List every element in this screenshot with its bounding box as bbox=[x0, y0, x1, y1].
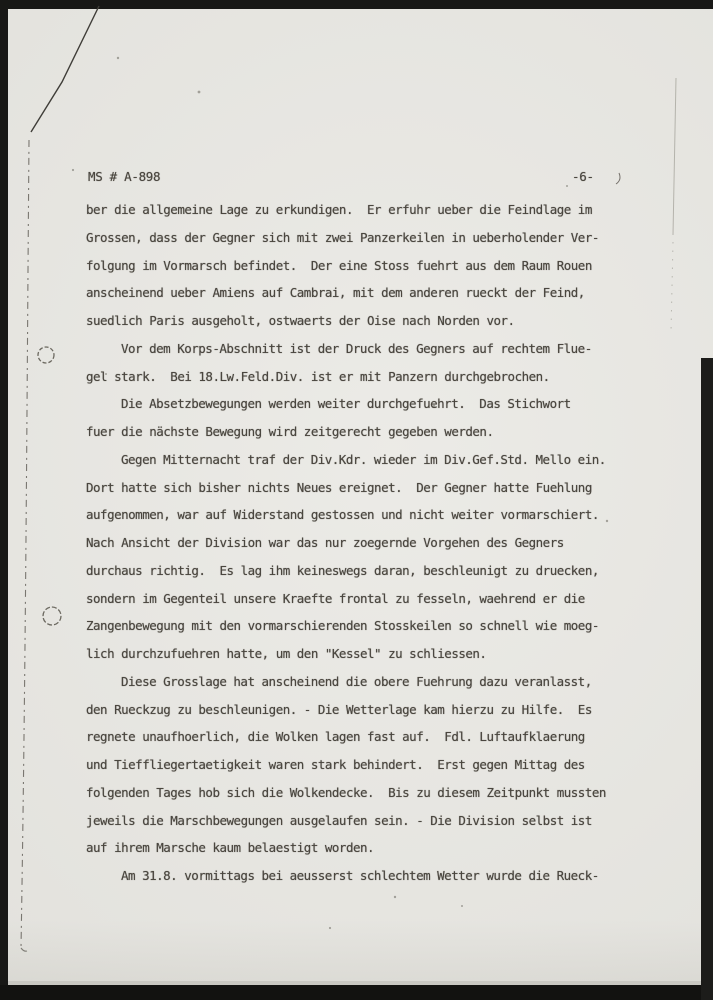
text-line: Am 31.8. vormittags bei aeusserst schlec… bbox=[86, 862, 646, 890]
manuscript-number: MS # A-898 bbox=[88, 169, 160, 184]
text-line: Nach Ansicht der Division war das nur zo… bbox=[86, 529, 646, 557]
text-line: suedlich Paris ausgeholt, ostwaerts der … bbox=[86, 307, 646, 335]
text-line: Diese Grosslage hat anscheinend die ober… bbox=[86, 668, 646, 696]
text-line: jeweils die Marschbewegungen ausgelaufen… bbox=[86, 807, 646, 835]
text-line: fuer die nächste Bewegung wird zeitgerec… bbox=[86, 418, 646, 446]
text-line: Grossen, dass der Gegner sich mit zwei P… bbox=[86, 224, 646, 252]
text-line: und Tieffliegertaetigkeit waren stark be… bbox=[86, 751, 646, 779]
text-line: ber die allgemeine Lage zu erkundigen. E… bbox=[86, 196, 646, 224]
text-line: lich durchzufuehren hatte, um den "Kesse… bbox=[86, 640, 646, 668]
scan-border-right bbox=[701, 358, 713, 1000]
punch-hole-mark bbox=[43, 607, 61, 625]
text-line: aufgenommen, war auf Widerstand gestosse… bbox=[86, 501, 646, 529]
crease-line bbox=[31, 6, 99, 132]
text-line: den Rueckzug zu beschleunigen. - Die Wet… bbox=[86, 696, 646, 724]
text-line: Die Absetzbewegungen werden weiter durch… bbox=[86, 390, 646, 418]
text-line: folgenden Tages hob sich die Wolkendecke… bbox=[86, 779, 646, 807]
text-line: Zangenbewegung mit den vormarschierenden… bbox=[86, 612, 646, 640]
scan-border-top bbox=[0, 0, 713, 9]
text-line: gel stark. Bei 18.Lw.Feld.Div. ist er mi… bbox=[86, 363, 646, 391]
scan-border-left bbox=[0, 0, 8, 1000]
text-line: anscheinend ueber Amiens auf Cambrai, mi… bbox=[86, 279, 646, 307]
scanned-page: MS # A-898 -6- ber die allgemeine Lage z… bbox=[0, 0, 713, 1000]
torn-edge-hook bbox=[21, 948, 27, 951]
pen-squiggle-mark bbox=[616, 173, 620, 184]
scan-border-bottom bbox=[0, 985, 713, 1000]
typewritten-text: ber die allgemeine Lage zu erkundigen. E… bbox=[86, 196, 646, 890]
torn-edge-line bbox=[21, 140, 29, 948]
text-line: sondern im Gegenteil unsere Kraefte fron… bbox=[86, 585, 646, 613]
text-line: durchaus richtig. Es lag ihm keineswegs … bbox=[86, 557, 646, 585]
text-line: auf ihrem Marsche kaum belaestigt worden… bbox=[86, 834, 646, 862]
text-line: folgung im Vormarsch befindet. Der eine … bbox=[86, 252, 646, 280]
text-line: Dort hatte sich bisher nichts Neues erei… bbox=[86, 474, 646, 502]
text-line: Vor dem Korps-Abschnitt ist der Druck de… bbox=[86, 335, 646, 363]
right-crease-line bbox=[673, 78, 676, 235]
punch-hole-mark bbox=[38, 347, 54, 363]
page-number: -6- bbox=[572, 169, 594, 184]
text-line: Gegen Mitternacht traf der Div.Kdr. wied… bbox=[86, 446, 646, 474]
text-line: regnete unaufhoerlich, die Wolken lagen … bbox=[86, 723, 646, 751]
right-crease-dots bbox=[671, 242, 673, 332]
